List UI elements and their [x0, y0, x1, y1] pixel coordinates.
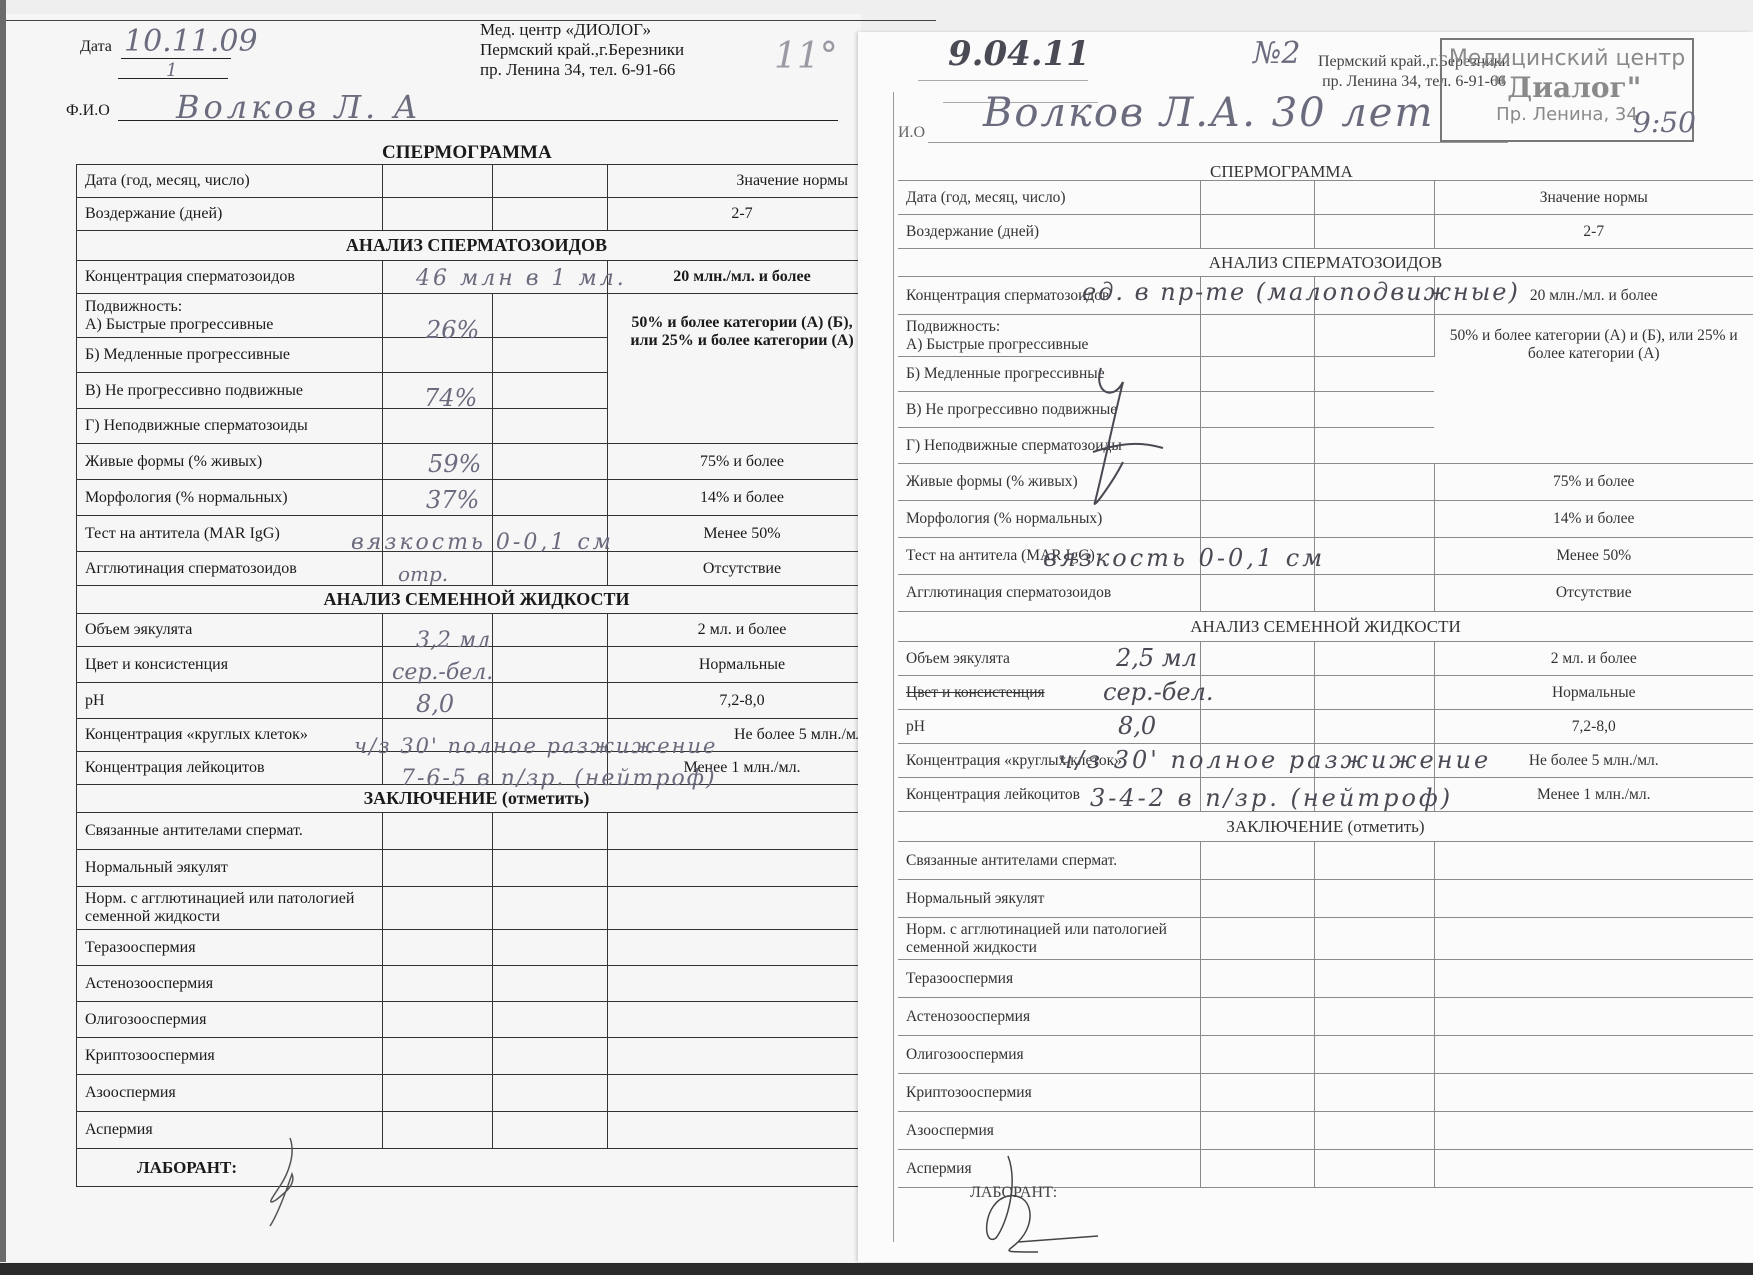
clinic-name: Мед. центр «ДИОЛОГ»	[480, 20, 684, 40]
norm-value: Отсутствие	[1434, 575, 1753, 612]
norm-value: Менее 50%	[608, 516, 877, 552]
norm-value: Нормальные	[608, 647, 877, 683]
row-label: Воздержание (дней)	[898, 215, 1200, 249]
norm-value: 14% и более	[608, 480, 877, 516]
conclusion-row: Нормальный эякулят	[77, 850, 383, 887]
row-label: Б) Медленные прогрессивные	[77, 338, 383, 373]
hw-leukocytes: 3-4-2 в п/зр. (нейтроф)	[1090, 784, 1453, 812]
section-sperm-analysis: АНАЛИЗ СПЕРМАТОЗОИДОВ	[898, 249, 1753, 277]
conclusion-row: Теразооспермия	[77, 930, 383, 966]
signature-icon	[978, 1152, 1118, 1262]
norm-header: Значение нормы	[608, 165, 877, 198]
row-label: Морфология (% нормальных)	[77, 480, 383, 516]
norm-value: 7,2-8,0	[608, 683, 877, 719]
hw-concentration: ед. в пр-те (малоподвижные)	[1082, 278, 1520, 306]
section-fluid-analysis: АНАЛИЗ СЕМЕННОЙ ЖИДКОСТИ	[77, 586, 877, 614]
conclusion-row: Астенозооспермия	[77, 966, 383, 1002]
spermogram-table: Дата (год, месяц, число)Значение нормы В…	[898, 180, 1753, 1188]
date-handwritten: 9.04.11	[948, 34, 1090, 74]
conclusion-row: Теразооспермия	[898, 960, 1200, 998]
conclusion-row: Криптозооспермия	[77, 1038, 383, 1075]
conclusion-row: Криптозооспермия	[898, 1074, 1200, 1112]
clinic-region: Пермский край.,г.Березники	[480, 40, 684, 60]
row-label: Тест на антитела (MAR IgG)	[77, 516, 383, 552]
hw-agglutination: отр.	[398, 562, 448, 586]
hw-concentration: 46 млн в 1 мл.	[416, 266, 627, 291]
hw-round-cells: ч/з 30' полное разжижение	[354, 734, 717, 758]
row-label: pH	[77, 683, 383, 719]
clinic-address: Мед. центр «ДИОЛОГ» Пермский край.,г.Бер…	[480, 20, 684, 80]
section-sperm-analysis: АНАЛИЗ СПЕРМАТОЗОИДОВ	[77, 231, 877, 261]
number-note: №2	[1253, 36, 1300, 71]
row-label: Дата (год, месяц, число)	[77, 165, 383, 198]
form-title: СПЕРМОГРАММА	[382, 142, 552, 164]
name-underline	[928, 142, 1508, 143]
spermogram-form-2009: Дата 10.11.09 1 Ф.И.О Волков Л. А Мед. ц…	[6, 14, 861, 1262]
clinic-street: пр. Ленина 34, тел. 6-91-66	[480, 60, 684, 80]
hw-mar: вязкость 0-0,1 см	[1043, 544, 1325, 572]
section-fluid-analysis: АНАЛИЗ СЕМЕННОЙ ЖИДКОСТИ	[898, 612, 1753, 642]
date-underline	[918, 80, 1088, 81]
hw-color: сер.-бел.	[392, 660, 493, 685]
scan-edge	[0, 1263, 1753, 1275]
conclusion-row: Связанные антителами спермат.	[77, 813, 383, 850]
norm-value: 75% и более	[608, 444, 877, 480]
row-label: Концентрация лейкоцитов	[77, 752, 383, 785]
hw-round-cells: ч/з 30' полное разжижение	[1058, 746, 1491, 774]
margin-note: 11°	[774, 36, 838, 77]
name-handwritten: Волков Л.А. 30 лет	[983, 90, 1434, 136]
conclusion-row: Олигозооспермия	[898, 1036, 1200, 1074]
conclusion-row: Азооспермия	[898, 1112, 1200, 1150]
norm-value: 2 мл. и более	[608, 614, 877, 647]
motility-norm: 50% и более категории (А) (Б), или 25% и…	[608, 294, 877, 444]
hw-color: сер.-бел.	[1103, 678, 1214, 706]
hw-volume: 3,2 мл	[416, 628, 490, 653]
motility-norm: 50% и более категории (А) и (Б), или 25%…	[1434, 315, 1753, 464]
page-border-line	[6, 20, 936, 21]
hw-motility-a: 26%	[426, 316, 479, 344]
norm-value: Менее 50%	[1434, 538, 1753, 575]
conclusion-row: Астенозооспермия	[898, 998, 1200, 1036]
strike-through-icon	[1083, 362, 1173, 532]
row-label: Дата (год, месяц, число)	[898, 181, 1200, 215]
hw-mar: вязкость 0-0,1 см	[351, 530, 614, 555]
lab-signature-label: ЛАБОРАНТ:	[77, 1149, 877, 1187]
norm-header: Значение нормы	[1434, 181, 1753, 215]
conclusion-row: Азооспермия	[77, 1075, 383, 1112]
norm-value: 7,2-8,0	[1434, 710, 1753, 744]
hw-volume: 2,5 мл	[1116, 644, 1197, 672]
row-label: Цвет и консистенция	[77, 647, 383, 683]
hw-vitality: 59%	[428, 450, 481, 478]
spermogram-form-2011: 9.04.11 №2 Пермский край.,г.Березники пр…	[858, 32, 1753, 1262]
name-label: И.О	[898, 124, 925, 142]
row-label: Воздержание (дней)	[77, 198, 383, 231]
form-title: СПЕРМОГРАММА	[1210, 162, 1353, 182]
norm-value: Отсутствие	[608, 552, 877, 586]
hw-leukocytes: 7-6-5 в п/зр. (нейтроф)	[401, 766, 717, 791]
sub-handwritten: 1	[166, 60, 177, 81]
norm-value: 75% и более	[1434, 464, 1753, 501]
row-label: Живые формы (% живых)	[77, 444, 383, 480]
name-label: Ф.И.О	[66, 102, 110, 120]
conclusion-row: Нормальный эякулят	[898, 880, 1200, 918]
conclusion-row: Норм. с агглютинацией или патологией сем…	[77, 887, 383, 930]
date-handwritten: 10.11.09	[124, 24, 258, 59]
row-label: Подвижность:А) Быстрые прогрессивные	[898, 315, 1200, 357]
row-label: Концентрация сперматозоидов	[77, 261, 383, 294]
norm-value: 2-7	[608, 198, 877, 231]
row-label: Объем эякулята	[77, 614, 383, 647]
row-label: Агглютинация сперматозоидов	[77, 552, 383, 586]
row-label: В) Не прогрессивно подвижные	[77, 373, 383, 409]
signature-icon	[262, 1134, 312, 1234]
conclusion-row: Аспермия	[77, 1112, 383, 1149]
norm-value: 14% и более	[1434, 501, 1753, 538]
hw-ph: 8,0	[416, 690, 454, 718]
norm-value: 2-7	[1434, 215, 1753, 249]
row-label: Агглютинация сперматозоидов	[898, 575, 1200, 612]
page-fold-line	[893, 92, 894, 1242]
section-conclusion: ЗАКЛЮЧЕНИЕ (отметить)	[898, 812, 1753, 842]
row-label: Концентрация «круглых клеток»	[77, 719, 383, 752]
date-label: Дата	[80, 38, 112, 56]
row-label: Г) Неподвижные сперматозоиды	[77, 409, 383, 444]
name-handwritten: Волков Л. А	[176, 88, 422, 126]
norm-value: 2 мл. и более	[1434, 642, 1753, 676]
hw-morphology: 37%	[426, 486, 479, 514]
hw-ph: 8,0	[1118, 712, 1156, 740]
norm-value: 20 млн./мл. и более	[608, 261, 877, 294]
norm-value: Менее 1 млн./мл.	[1434, 778, 1753, 812]
norm-value: Нормальные	[1434, 676, 1753, 710]
conclusion-row: Олигозооспермия	[77, 1002, 383, 1038]
row-label: Подвижность:А) Быстрые прогрессивные	[77, 294, 383, 338]
hw-motility-c: 74%	[424, 384, 477, 412]
conclusion-row: Связанные антителами спермат.	[898, 842, 1200, 880]
conclusion-row: Норм. с агглютинацией или патологией сем…	[898, 918, 1200, 960]
stamp-note: 9:50	[1633, 106, 1696, 139]
